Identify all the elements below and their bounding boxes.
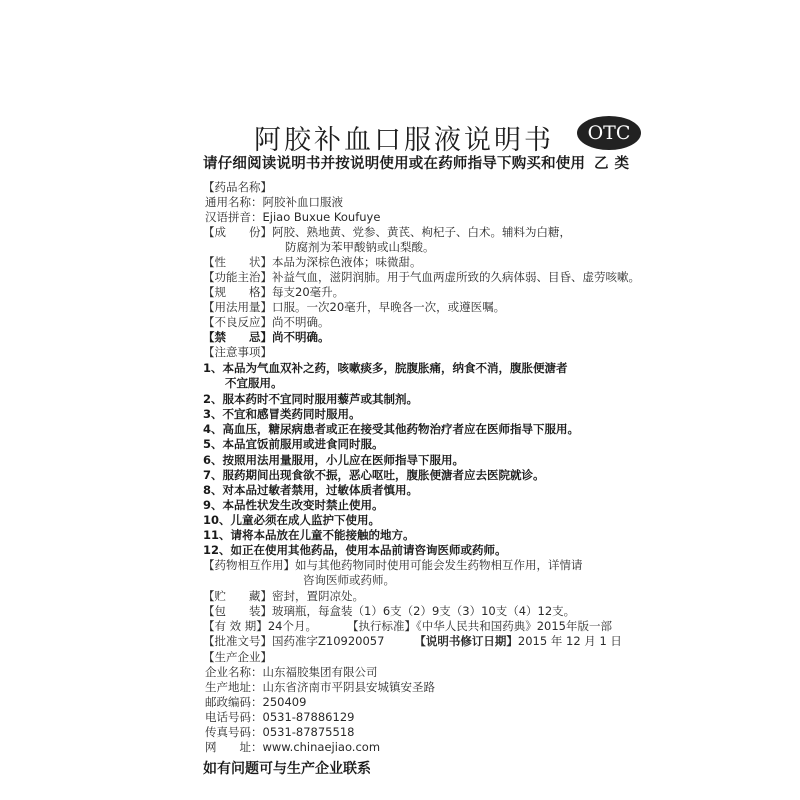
- adverse-reactions-label: 【不良反应】: [203, 315, 272, 330]
- ingredients-text: 阿胶、熟地黄、党参、黄芪、枸杞子、白术。辅料为白糖，: [272, 225, 571, 239]
- validity-label: 【有 效 期】: [203, 619, 268, 634]
- contraindications-label: 【禁 忌】: [203, 330, 272, 345]
- ingredients-label: 【成 份】: [203, 225, 272, 240]
- pinyin-name: 汉语拼音：Ejiao Buxue Koufuye: [205, 210, 380, 225]
- dosage-row: 【用法用量】口服。一次20毫升，早晚各一次，或遵医嘱。: [203, 300, 505, 315]
- packaging-label: 【包 装】: [203, 604, 272, 619]
- packaging-row: 【包 装】玻璃瓶，每盒装（1）6支（2）9支（3）10支（4）12支。: [203, 604, 575, 619]
- appearance-row: 【性 状】本品为深棕色液体；味微甜。: [203, 255, 422, 270]
- interactions-label: 【药物相互作用】: [203, 558, 295, 573]
- contraindications-row: 【禁 忌】尚不明确。: [203, 330, 330, 345]
- precaution-item: 2、服本药时不宜同时服用藜芦或其制剂。: [203, 392, 418, 407]
- indications-label: 【功能主治】: [203, 270, 272, 285]
- validity-text: 24个月。: [268, 619, 317, 633]
- approval-label: 【批准文号】: [203, 634, 272, 649]
- revision-date-label: 【说明书修订日期】: [414, 634, 518, 648]
- contact-note: 如有问题可与生产企业联系: [203, 758, 371, 778]
- storage-label: 【贮 藏】: [203, 589, 272, 604]
- manufacturer-phone: 电话号码：0531-87886129: [205, 710, 354, 725]
- manufacturer-website: 网 址：www.chinaejiao.com: [205, 740, 380, 755]
- precaution-item: 1、本品为气血双补之药，咳嗽痰多，脘腹胀痛，纳食不消，腹胀便溏者: [203, 361, 568, 376]
- precautions-heading: 【注意事项】: [203, 345, 272, 360]
- adverse-reactions-text: 尚不明确。: [272, 315, 330, 329]
- manufacturer-name: 企业名称：山东福胶集团有限公司: [205, 665, 378, 680]
- dosage-label: 【用法用量】: [203, 300, 272, 315]
- precaution-item-continued: 不宜服用。: [225, 376, 283, 391]
- precaution-item: 3、不宜和感冒类药同时服用。: [203, 407, 361, 422]
- interactions-text: 如与其他药物同时使用可能会发生药物相互作用，详情请: [295, 558, 583, 572]
- adverse-reactions-row: 【不良反应】尚不明确。: [203, 315, 330, 330]
- approval-text: 国药准字Z10920057: [272, 634, 384, 648]
- precaution-item: 10、儿童必须在成人监护下使用。: [203, 513, 380, 528]
- manufacturer-heading: 【生产企业】: [203, 650, 272, 665]
- precaution-item: 11、请将本品放在儿童不能接触的地方。: [203, 528, 415, 543]
- drug-name-heading: 【药品名称】: [203, 180, 272, 195]
- ingredients-row: 【成 份】阿胶、熟地黄、党参、黄芪、枸杞子、白术。辅料为白糖，: [203, 225, 571, 240]
- precaution-item: 9、本品性状发生改变时禁止使用。: [203, 498, 384, 513]
- contraindications-text: 尚不明确。: [272, 330, 330, 344]
- precaution-item: 8、对本品过敏者禁用，过敏体质者慎用。: [203, 483, 418, 498]
- standard-text: 《中华人民共和国药典》2015年版一部: [416, 619, 612, 633]
- precaution-item: 6、按照用法用量服用，小儿应在医师指导下服用。: [203, 453, 464, 468]
- storage-text: 密封，置阴凉处。: [272, 589, 364, 603]
- appearance-text: 本品为深棕色液体；味微甜。: [272, 255, 422, 269]
- packaging-text: 玻璃瓶，每盒装（1）6支（2）9支（3）10支（4）12支。: [272, 604, 575, 618]
- specification-text: 每支20毫升。: [272, 285, 344, 299]
- validity-row: 【有 效 期】24个月。【执行标准】《中华人民共和国药典》2015年版一部: [203, 619, 612, 634]
- usage-advice: 请仔细阅读说明书并按说明使用或在药师指导下购买和使用: [203, 152, 585, 173]
- approval-row: 【批准文号】国药准字Z10920057【说明书修订日期】2015 年 12 月 …: [203, 634, 622, 649]
- appearance-label: 【性 状】: [203, 255, 272, 270]
- generic-name: 通用名称：阿胶补血口服液: [205, 195, 343, 210]
- manufacturer-fax: 传真号码：0531-87875518: [205, 725, 354, 740]
- indications-text: 补益气血，滋阴润肺。用于气血两虚所致的久病体弱、目昏、虚劳咳嗽。: [272, 270, 640, 284]
- dosage-text: 口服。一次20毫升，早晚各一次，或遵医嘱。: [272, 300, 505, 314]
- precaution-item: 12、如正在使用其他药品，使用本品前请咨询医师或药师。: [203, 543, 507, 558]
- precaution-item: 7、服药期间出现食欲不振，恶心呕吐，腹胀便溏者应去医院就诊。: [203, 468, 545, 483]
- storage-row: 【贮 藏】密封，置阴凉处。: [203, 589, 364, 604]
- specification-label: 【规 格】: [203, 285, 272, 300]
- precaution-item: 4、高血压，糖尿病患者或正在接受其他药物治疗者应在医师指导下服用。: [203, 422, 579, 437]
- specification-row: 【规 格】每支20毫升。: [203, 285, 344, 300]
- interactions-row: 【药物相互作用】如与其他药物同时使用可能会发生药物相互作用，详情请: [203, 558, 583, 573]
- otc-badge: OTC: [577, 116, 641, 150]
- standard-label: 【执行标准】: [347, 619, 416, 633]
- indications-row: 【功能主治】补益气血，滋阴润肺。用于气血两虚所致的久病体弱、目昏、虚劳咳嗽。: [203, 270, 640, 285]
- manufacturer-postcode: 邮政编码：250409: [205, 695, 306, 710]
- revision-date-text: 2015 年 12 月 1 日: [518, 634, 622, 648]
- precaution-item: 5、本品宜饭前服用或进食同时服。: [203, 437, 384, 452]
- interactions-text-continued: 咨询医师或药师。: [303, 573, 395, 588]
- package-insert-document: 阿胶补血口服液说明书 OTC 请仔细阅读说明书并按说明使用或在药师指导下购买和使…: [0, 0, 800, 800]
- ingredients-text-continued: 防腐剂为苯甲酸钠或山梨酸。: [285, 240, 435, 255]
- manufacturer-address: 生产地址：山东省济南市平阴县安城镇安圣路: [205, 680, 435, 695]
- otc-class-label: 乙类: [594, 152, 635, 173]
